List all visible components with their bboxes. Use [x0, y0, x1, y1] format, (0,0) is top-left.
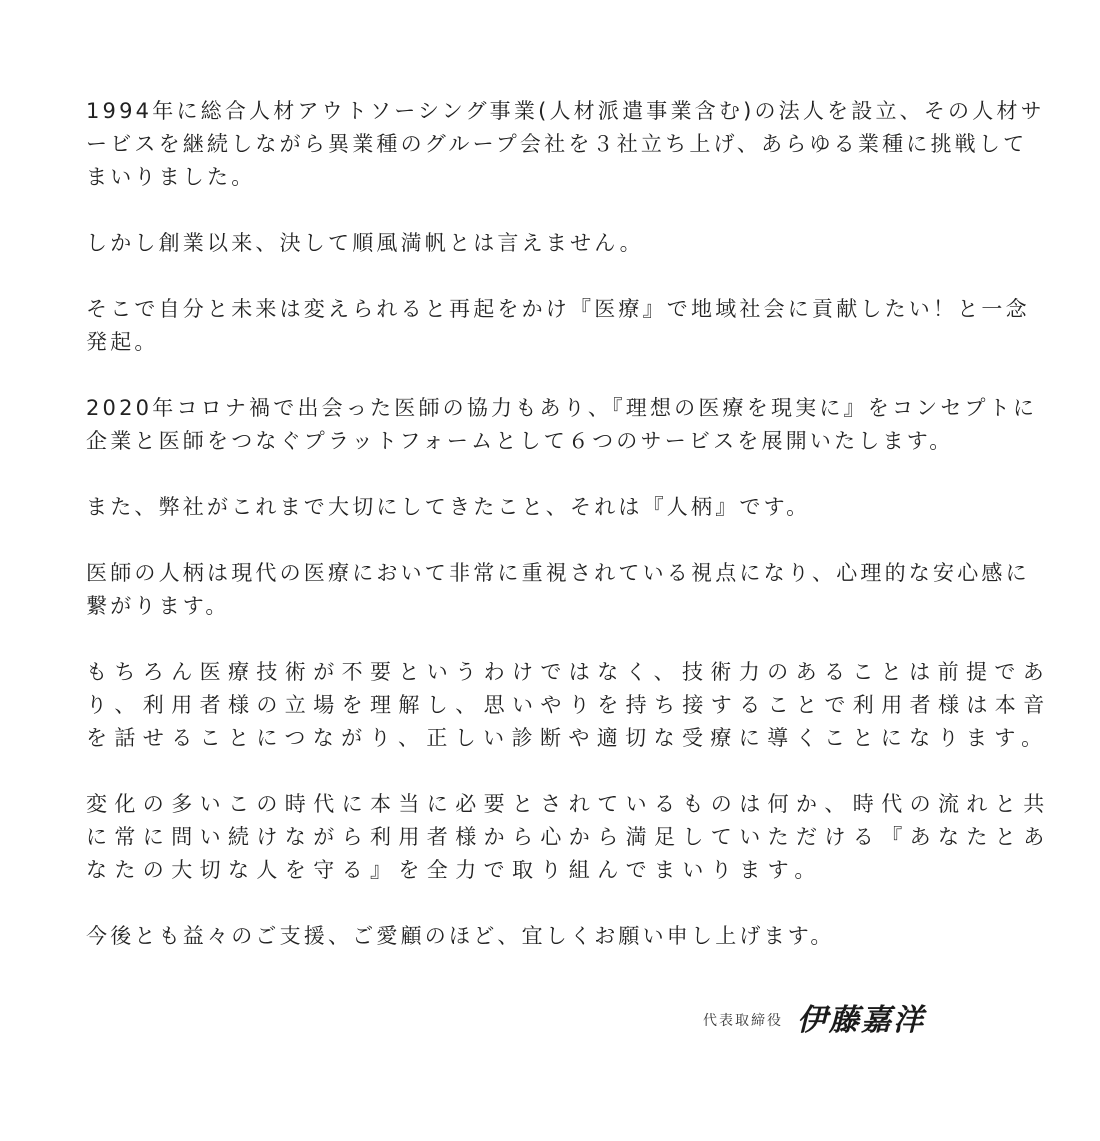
- signature-title: 代表取締役: [703, 1010, 783, 1030]
- paragraph-services: 2020年コロナ禍で出会った医師の協力もあり、『理想の医療を現実に』をコンセプト…: [86, 392, 1046, 458]
- text-line: そこで自分と未来は変えられると再起をかけ『医療』で地域社会に貢献したい！と一念: [86, 293, 1046, 326]
- text-line: 医師の人柄は現代の医療において非常に重視されている視点になり、心理的な安心感に: [86, 557, 1046, 590]
- paragraph-hardships: しかし創業以来、決して順風満帆とは言えません。: [86, 227, 1046, 260]
- paragraph-closing: 今後とも益々のご支援、ご愛顧のほど、宜しくお願い申し上げます。: [86, 920, 1046, 953]
- paragraph-medical-skill: もちろん医療技術が不要というわけではなく、技術力のあることは前提であ り、利用者…: [86, 656, 1046, 755]
- text-line: なたの大切な人を守る』を全力で取り組んでまいります。: [86, 854, 1046, 887]
- signature-name: 伊藤嘉洋: [797, 995, 925, 1039]
- paragraph-founding: 1994年に総合人材アウトソーシング事業(人材派遣事業含む)の法人を設立、その人…: [86, 95, 1046, 194]
- text-line: に常に問い続けながら利用者様から心から満足していただける『あなたとあ: [86, 821, 1046, 854]
- text-line: り、利用者様の立場を理解し、思いやりを持ち接することで利用者様は本音: [86, 689, 1046, 722]
- text-line: もちろん医療技術が不要というわけではなく、技術力のあることは前提であ: [86, 656, 1046, 689]
- text-line: しかし創業以来、決して順風満帆とは言えません。: [86, 227, 1046, 260]
- signature-block: 代表取締役 伊藤嘉洋: [703, 995, 925, 1039]
- text-line: ービスを継続しながら異業種のグループ会社を３社立ち上げ、あらゆる業種に挑戦して: [86, 128, 1046, 161]
- text-line: 繋がります。: [86, 590, 1046, 623]
- text-line: を話せることにつながり、正しい診断や適切な受療に導くことになります。: [86, 722, 1046, 755]
- paragraph-resolution: そこで自分と未来は変えられると再起をかけ『医療』で地域社会に貢献したい！と一念 …: [86, 293, 1046, 359]
- ceo-message: 1994年に総合人材アウトソーシング事業(人材派遣事業含む)の法人を設立、その人…: [86, 95, 1046, 986]
- text-line: 変化の多いこの時代に本当に必要とされているものは何か、時代の流れと共: [86, 788, 1046, 821]
- paragraph-commitment: 変化の多いこの時代に本当に必要とされているものは何か、時代の流れと共 に常に問い…: [86, 788, 1046, 887]
- text-line: 2020年コロナ禍で出会った医師の協力もあり、『理想の医療を現実に』をコンセプト…: [86, 392, 1046, 425]
- text-line: また、弊社がこれまで大切にしてきたこと、それは『人柄』です。: [86, 491, 1046, 524]
- paragraph-character: また、弊社がこれまで大切にしてきたこと、それは『人柄』です。: [86, 491, 1046, 524]
- text-line: 企業と医師をつなぐプラットフォームとして６つのサービスを展開いたします。: [86, 425, 1046, 458]
- paragraph-doctor-character: 医師の人柄は現代の医療において非常に重視されている視点になり、心理的な安心感に …: [86, 557, 1046, 623]
- text-line: まいりました。: [86, 161, 1046, 194]
- text-line: 今後とも益々のご支援、ご愛顧のほど、宜しくお願い申し上げます。: [86, 920, 1046, 953]
- text-line: 1994年に総合人材アウトソーシング事業(人材派遣事業含む)の法人を設立、その人…: [86, 95, 1046, 128]
- text-line: 発起。: [86, 326, 1046, 359]
